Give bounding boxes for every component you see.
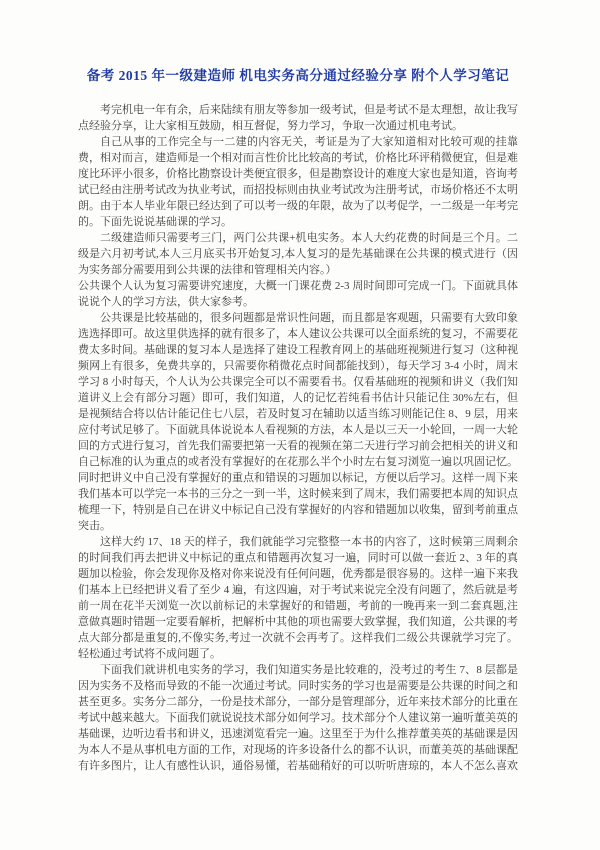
paragraph-review-schedule: 这样大约 17、18 天的样子，我们就能学习完整整一本书的内容了，这时候第三周剩… (78, 534, 518, 662)
document-page: 备考 2015 年一级建造师 机电实务高分通过经验分享 附个人学习笔记 考完机电… (0, 0, 600, 850)
paragraph-background: 自己从事的工作完全与一二建的内容无关，考证是为了大家知道相对比较可观的挂靠费，相… (78, 134, 518, 230)
paragraph-public-course-method: 公共课是比较基础的，很多问题都是常识性问题，而且都是客观题，只需要有大致印象选选… (78, 310, 518, 534)
document-title: 备考 2015 年一级建造师 机电实务高分通过经验分享 附个人学习笔记 (78, 66, 518, 86)
paragraph-practical-course: 下面我们就讲机电实务的学习，我们知道实务是比较难的，没考过的考生 7、8 层都是… (78, 662, 518, 774)
paragraph-intro: 考完机电一年有余，后来陆续有朋友等参加一级考试，但是考试不是太理想，故让我写点经… (78, 102, 518, 134)
paragraph-exam-overview: 二级建造师只需要考三门，两门公共课+机电实务。本人大约花费的时间是三个月。二级是… (78, 230, 518, 278)
document-body: 考完机电一年有余，后来陆续有朋友等参加一级考试，但是考试不是太理想，故让我写点经… (78, 102, 518, 774)
paragraph-public-course-pace: 公共课个人认为复习需要讲究速度，大概一门课花费 2-3 周时间即可完成一门。下面… (78, 278, 518, 310)
